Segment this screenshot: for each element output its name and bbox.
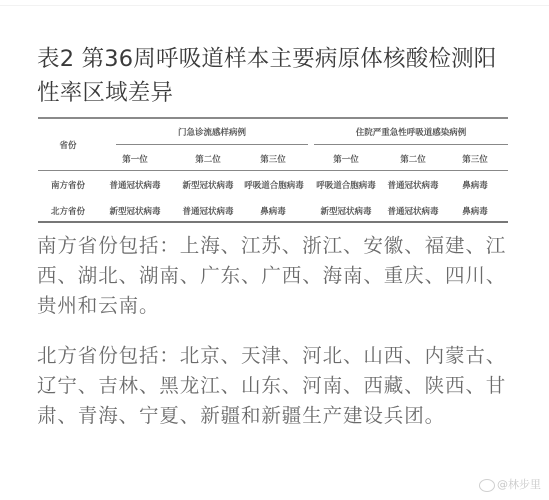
pathogen-table: 省份 门急诊流感样病例 住院严重急性呼吸道感染病例 第一位 第二位 第三位 第一… xyxy=(38,117,508,223)
table-cell: 普通冠状病毒 xyxy=(378,179,448,191)
subheader-rank3: 第三位 xyxy=(238,153,308,165)
group-underline-inpatient xyxy=(314,144,508,145)
row-label-south: 南方省份 xyxy=(38,179,98,191)
weibo-icon xyxy=(479,479,495,492)
table-cell: 普通冠状病毒 xyxy=(378,205,448,217)
table-cell: 新型冠状病毒 xyxy=(100,205,170,217)
group-underline-outpatient xyxy=(116,144,308,145)
table-header-rule xyxy=(38,170,508,171)
table-cell: 普通冠状病毒 xyxy=(173,205,243,217)
subheader-rank1: 第一位 xyxy=(308,153,384,165)
table-cell: 鼻病毒 xyxy=(238,205,308,217)
row-label-north: 北方省份 xyxy=(38,205,98,217)
watermark-text: @林步里 xyxy=(497,478,541,491)
table-cell: 新型冠状病毒 xyxy=(308,205,384,217)
watermark: @林步里 xyxy=(479,476,541,492)
table-top-rule xyxy=(38,117,508,119)
top-divider xyxy=(0,5,549,6)
table-title: 表2 第36周呼吸道样本主要病原体核酸检测阳性率区域差异 xyxy=(37,42,517,110)
table-cell: 鼻病毒 xyxy=(440,179,510,191)
subheader-rank1: 第一位 xyxy=(100,153,170,165)
north-provinces-note: 北方省份包括：北京、天津、河北、山西、内蒙古、辽宁、吉林、黑龙江、山东、河南、西… xyxy=(37,341,517,431)
table-cell: 新型冠状病毒 xyxy=(173,179,243,191)
table-cell: 鼻病毒 xyxy=(440,205,510,217)
table-bottom-rule xyxy=(38,221,508,223)
table-cell: 呼吸道合胞病毒 xyxy=(236,179,312,191)
subheader-rank2: 第二位 xyxy=(173,153,243,165)
subheader-rank3: 第三位 xyxy=(440,153,510,165)
south-provinces-note: 南方省份包括：上海、江苏、浙江、安徽、福建、江西、湖北、湖南、广东、广西、海南、… xyxy=(37,231,517,321)
row-header-province: 省份 xyxy=(38,139,98,151)
table-cell: 普通冠状病毒 xyxy=(100,179,170,191)
group-header-outpatient: 门急诊流感样病例 xyxy=(116,126,308,138)
table-cell: 呼吸道合胞病毒 xyxy=(308,179,384,191)
group-header-inpatient: 住院严重急性呼吸道感染病例 xyxy=(314,126,508,138)
subheader-rank2: 第二位 xyxy=(378,153,448,165)
